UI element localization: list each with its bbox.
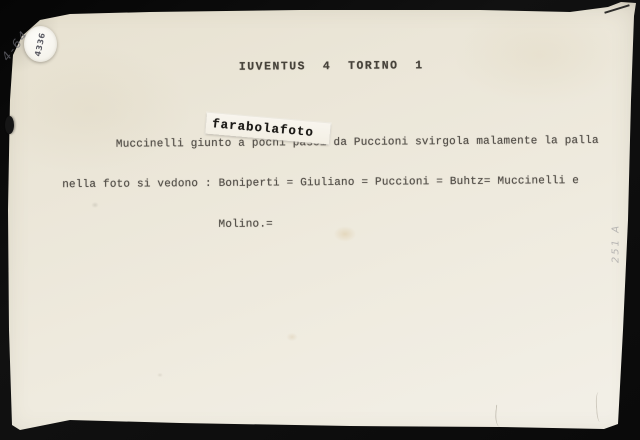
- paper-crease: [159, 417, 174, 426]
- caption-line: nella foto si vedono : Boniperti = Giuli…: [62, 175, 602, 193]
- typewritten-caption-block: IUVENTUS 4 TORINO 1 Muccinelli giunto a …: [61, 31, 603, 287]
- archive-number: 4336: [34, 31, 48, 57]
- caption-line: Molino.=: [62, 215, 602, 233]
- pencil-note-right-edge: 251 A: [611, 214, 622, 274]
- torn-edge-notch: [5, 116, 14, 134]
- press-photo-back-card: IUVENTUS 4 TORINO 1 Muccinelli giunto a …: [0, 0, 640, 440]
- caption-line: Muccinelli giunto a pochi passi da Pucci…: [62, 134, 602, 152]
- archive-number-sticker: 4336: [24, 26, 57, 62]
- caption-lines: Muccinelli giunto a pochi passi da Pucci…: [62, 107, 603, 260]
- photo-scan-backdrop: IUVENTUS 4 TORINO 1 Muccinelli giunto a …: [0, 0, 640, 440]
- match-score-title: IUVENTUS 4 TORINO 1: [61, 58, 601, 76]
